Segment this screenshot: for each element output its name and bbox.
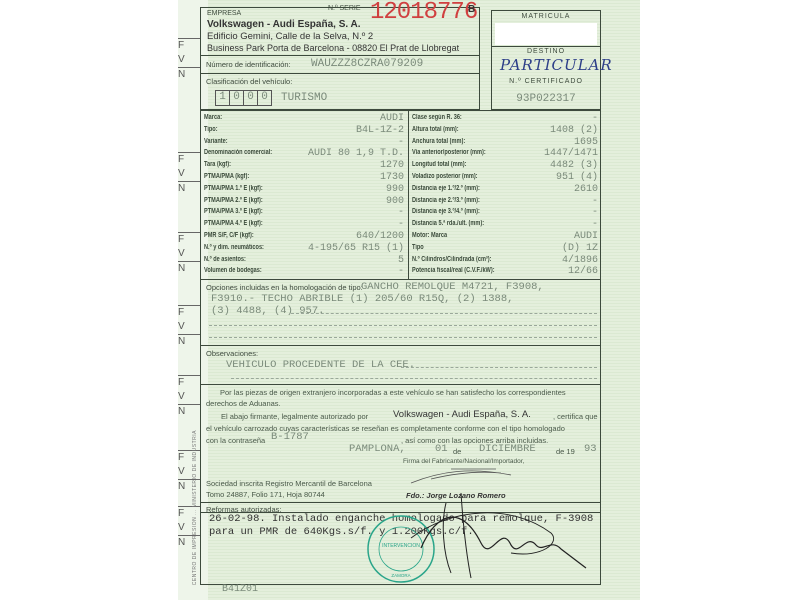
classification-code: 1 0 0 0 <box>215 90 272 106</box>
spec-label: Marca: <box>204 114 222 121</box>
spec-label: Potencia fiscal/real (C.V.F./kW): <box>412 267 495 274</box>
spec-label: PTMA/PMA (kgf): <box>204 173 249 180</box>
spec-label: N.º de asientos: <box>204 256 246 263</box>
serial-number: 12018776 <box>370 0 477 26</box>
classification-value: TURISMO <box>281 92 327 104</box>
spec-row: Variante:- <box>201 138 407 149</box>
spec-value: 1408 (2) <box>550 125 598 136</box>
spec-row: Distancia 5.ª rda./ult. (mm):- <box>409 220 601 231</box>
spec-value: 900 <box>386 196 404 207</box>
spec-row: Marca:AUDI <box>201 114 407 125</box>
spec-row: Denominación comercial:AUDI 80 1,9 T.D. <box>201 149 407 160</box>
address-line-1: Edificio Gemini, Calle de la Selva, N.º … <box>207 31 373 42</box>
year: 93 <box>584 443 597 455</box>
spec-value: AUDI <box>380 113 404 124</box>
spec-value: 1730 <box>380 172 404 183</box>
reformas-box: Reformas autorizadas: 26-02-98. Instalad… <box>200 502 601 585</box>
spec-row: Tipo(D) 1Z <box>409 244 601 255</box>
spec-label: N.º y dim. neumáticos: <box>204 244 264 251</box>
spec-row: Altura total (mm):1408 (2) <box>409 126 601 137</box>
identification-label: Número de identificación: <box>206 60 291 69</box>
registry-line-1: Sociedad inscrita Registro Mercantil de … <box>206 479 372 488</box>
signer-prefix: El abajo firmante, legalmente autorizado… <box>221 412 368 421</box>
spec-row: Potencia fiscal/real (C.V.F./kW):12/66 <box>409 267 601 278</box>
spec-row: Tipo:B4L-1Z-2 <box>201 126 407 137</box>
spec-value: 640/1200 <box>356 231 404 242</box>
spec-row: PTMA/PMA 3.º E (kgf):- <box>201 208 407 219</box>
address-line-2: Business Park Porta de Barcelona - 08820… <box>207 43 459 53</box>
spec-label: Clase según R. 36: <box>412 114 462 121</box>
spec-row: Volumen de bodegas:- <box>201 267 407 278</box>
spec-value: 4-195/65 R15 (1) <box>308 243 404 254</box>
registration-box: MATRICULA DESTINO PARTICULAR N.º CERTIFI… <box>491 10 601 110</box>
options-line-1: GANCHO REMOLQUE M4721, F3908, <box>361 281 544 293</box>
options-label: Opciones incluidas en la homologación de… <box>206 283 363 292</box>
destino-value: PARTICULAR <box>500 56 613 74</box>
spec-row: PTMA/PMA 2.º E (kgf):900 <box>201 197 407 208</box>
spec-label: Distancia 5.ª rda./ult. (mm): <box>412 220 484 227</box>
stub-mark-group: FVN <box>178 38 202 82</box>
spec-label: PTMA/PMA 3.º E (kgf): <box>204 208 263 215</box>
spec-row: N.º y dim. neumáticos:4-195/65 R15 (1) <box>201 244 407 255</box>
stub-mark-group: FVN <box>178 506 202 550</box>
spec-value: - <box>592 113 598 124</box>
contrasena-label: con la contraseña <box>206 436 265 445</box>
spec-value: B4L-1Z-2 <box>356 125 404 136</box>
spec-row: Vía anterior/posterior (mm):1447/1471 <box>409 149 601 160</box>
contrasena-value: B-1787 <box>271 431 309 443</box>
spec-row: Clase según R. 36:- <box>409 114 601 125</box>
stub-mark-group: FVN <box>178 232 202 276</box>
empresa-label: EMPRESA <box>207 10 241 17</box>
matricula-value-redacted <box>495 23 597 45</box>
spec-label: Altura total (mm): <box>412 126 459 133</box>
spec-value: - <box>592 196 598 207</box>
spec-row: Longitud total (mm):4482 (3) <box>409 161 601 172</box>
stub-mark-group: FVN <box>178 450 202 494</box>
spec-label: Volumen de bodegas: <box>204 267 262 274</box>
spec-label: Anchura total (mm): <box>412 138 465 145</box>
authority-signature <box>391 483 591 583</box>
spec-label: PMR S/F, C/F (kgf): <box>204 232 254 239</box>
spec-row: PMR S/F, C/F (kgf):640/1200 <box>201 232 407 243</box>
spec-value: 12/66 <box>568 266 598 277</box>
stub-mark-group: FVN <box>178 305 202 349</box>
month: DICIEMBRE <box>479 443 536 455</box>
spec-value: 951 (4) <box>556 172 598 183</box>
spec-row: Distancia eje 1.º/2.º (mm):2610 <box>409 185 601 196</box>
vin-value: WAUZZZ8CZRA079209 <box>311 58 423 70</box>
spec-value: 1695 <box>574 137 598 148</box>
spec-label: Distancia eje 2.º/3.º (mm): <box>412 197 480 204</box>
spec-row: Distancia eje 3.º/4.º (mm):- <box>409 208 601 219</box>
spec-value: - <box>398 219 404 230</box>
place: PAMPLONA, <box>349 443 406 455</box>
specs-right-list: Clase según R. 36:-Altura total (mm):140… <box>409 114 601 279</box>
spec-row: N.º de asientos:5 <box>201 256 407 267</box>
day: 01 <box>435 443 448 455</box>
spec-label: Variante: <box>204 138 228 145</box>
options-line-2: F3910.- TECHO ABRIBLE (1) 205/60 R15Q, (… <box>211 293 513 305</box>
stub-mark-group: FVN <box>178 152 202 196</box>
spec-label: Distancia eje 3.º/4.º (mm): <box>412 208 480 215</box>
spec-label: Denominación comercial: <box>204 149 272 156</box>
spec-label: PTMA/PMA 1.º E (kgf): <box>204 185 263 192</box>
classification-label: Clasificación del vehículo: <box>206 77 292 86</box>
spec-row: PTMA/PMA 1.º E (kgf):990 <box>201 185 407 196</box>
spec-row: PTMA/PMA 4.º E (kgf):- <box>201 220 407 231</box>
certificado-label: N.º CERTIFICADO <box>492 78 600 85</box>
spec-value: AUDI <box>574 231 598 242</box>
destino-label: DESTINO <box>492 48 600 55</box>
spec-value: 1447/1471 <box>544 148 598 159</box>
options-line-3: (3) 4488, (4) 957. <box>211 305 324 317</box>
stub-mark-group: FVN <box>178 375 202 419</box>
spec-label: Motor: Marca <box>412 232 447 239</box>
spec-label: PTMA/PMA 4.º E (kgf): <box>204 220 263 227</box>
spec-value: AUDI 80 1,9 T.D. <box>308 148 404 159</box>
printer-imprint: CENTRO DE IMPRESION ... MINISTERIO DE IN… <box>192 430 198 585</box>
spec-row: PTMA/PMA (kgf):1730 <box>201 173 407 184</box>
spec-value: 4/1896 <box>562 255 598 266</box>
spec-label: Longitud total (mm): <box>412 161 466 168</box>
spec-value: (D) 1Z <box>562 243 598 254</box>
specs-main-box: Marca:AUDITipo:B4L-1Z-2Variante:-Denomin… <box>200 110 601 513</box>
spec-value: 5 <box>398 255 404 266</box>
company-name: Volkswagen - Audi España, S. A. <box>207 19 361 30</box>
spec-row: Tara (kgf):1270 <box>201 161 407 172</box>
spec-row: Voladizo posterior (mm):951 (4) <box>409 173 601 184</box>
spec-value: 990 <box>386 184 404 195</box>
identification-row: Número de identificación: WAUZZZ8CZRA079… <box>200 56 480 74</box>
spec-row: Anchura total (mm):1695 <box>409 138 601 149</box>
spec-label: Tipo <box>412 244 424 251</box>
signer-company: Volkswagen - Audi España, S. A. <box>393 409 531 420</box>
spec-value: 1270 <box>380 160 404 171</box>
serie-label: N.º SERIE <box>328 5 361 12</box>
matricula-label: MATRICULA <box>492 13 600 20</box>
form-code: B41Z01 <box>222 584 258 595</box>
spec-label: N.º Cilindros/Cilindrada (cm³): <box>412 256 492 263</box>
spec-label: Distancia eje 1.º/2.º (mm): <box>412 185 480 192</box>
customs-statement: Por las piezas de origen extranjero inco… <box>206 387 595 409</box>
serial-suffix: B <box>468 4 475 15</box>
signer-suffix: , certifica que <box>553 412 598 421</box>
de-label-1: de <box>453 447 461 456</box>
classification-row: Clasificación del vehículo: 1 0 0 0 TURI… <box>200 74 480 110</box>
registry-line-2: Tomo 24887, Folio 171, Hoja 80744 <box>206 490 325 499</box>
spec-label: Vía anterior/posterior (mm): <box>412 149 486 156</box>
spec-label: Tara (kgf): <box>204 161 231 168</box>
spec-value: - <box>592 207 598 218</box>
de-label-2: de 19 <box>556 447 575 456</box>
spec-value: - <box>592 219 598 230</box>
certificado-value: 93P022317 <box>492 93 600 105</box>
spec-value: 4482 (3) <box>550 160 598 171</box>
spec-row: N.º Cilindros/Cilindrada (cm³):4/1896 <box>409 256 601 267</box>
spec-row: Distancia eje 2.º/3.º (mm):- <box>409 197 601 208</box>
spec-label: Voladizo posterior (mm): <box>412 173 478 180</box>
specs-left-list: Marca:AUDITipo:B4L-1Z-2Variante:-Denomin… <box>201 114 407 279</box>
spec-value: - <box>398 137 404 148</box>
spec-value: 2610 <box>574 184 598 195</box>
spec-value: - <box>398 266 404 277</box>
spec-label: PTMA/PMA 2.º E (kgf): <box>204 197 263 204</box>
vehicle-technical-card: FVN FVN FVN FVN FVN FVN FVN CENTRO DE IM… <box>178 0 640 600</box>
spec-row: Motor: MarcaAUDI <box>409 232 601 243</box>
observaciones-value: VEHICULO PROCEDENTE DE LA CEE. <box>226 359 415 371</box>
observaciones-label: Observaciones: <box>206 349 258 358</box>
spec-value: - <box>398 207 404 218</box>
spec-label: Tipo: <box>204 126 218 133</box>
conformity-statement: el vehículo carrozado cuyas característi… <box>206 424 565 433</box>
